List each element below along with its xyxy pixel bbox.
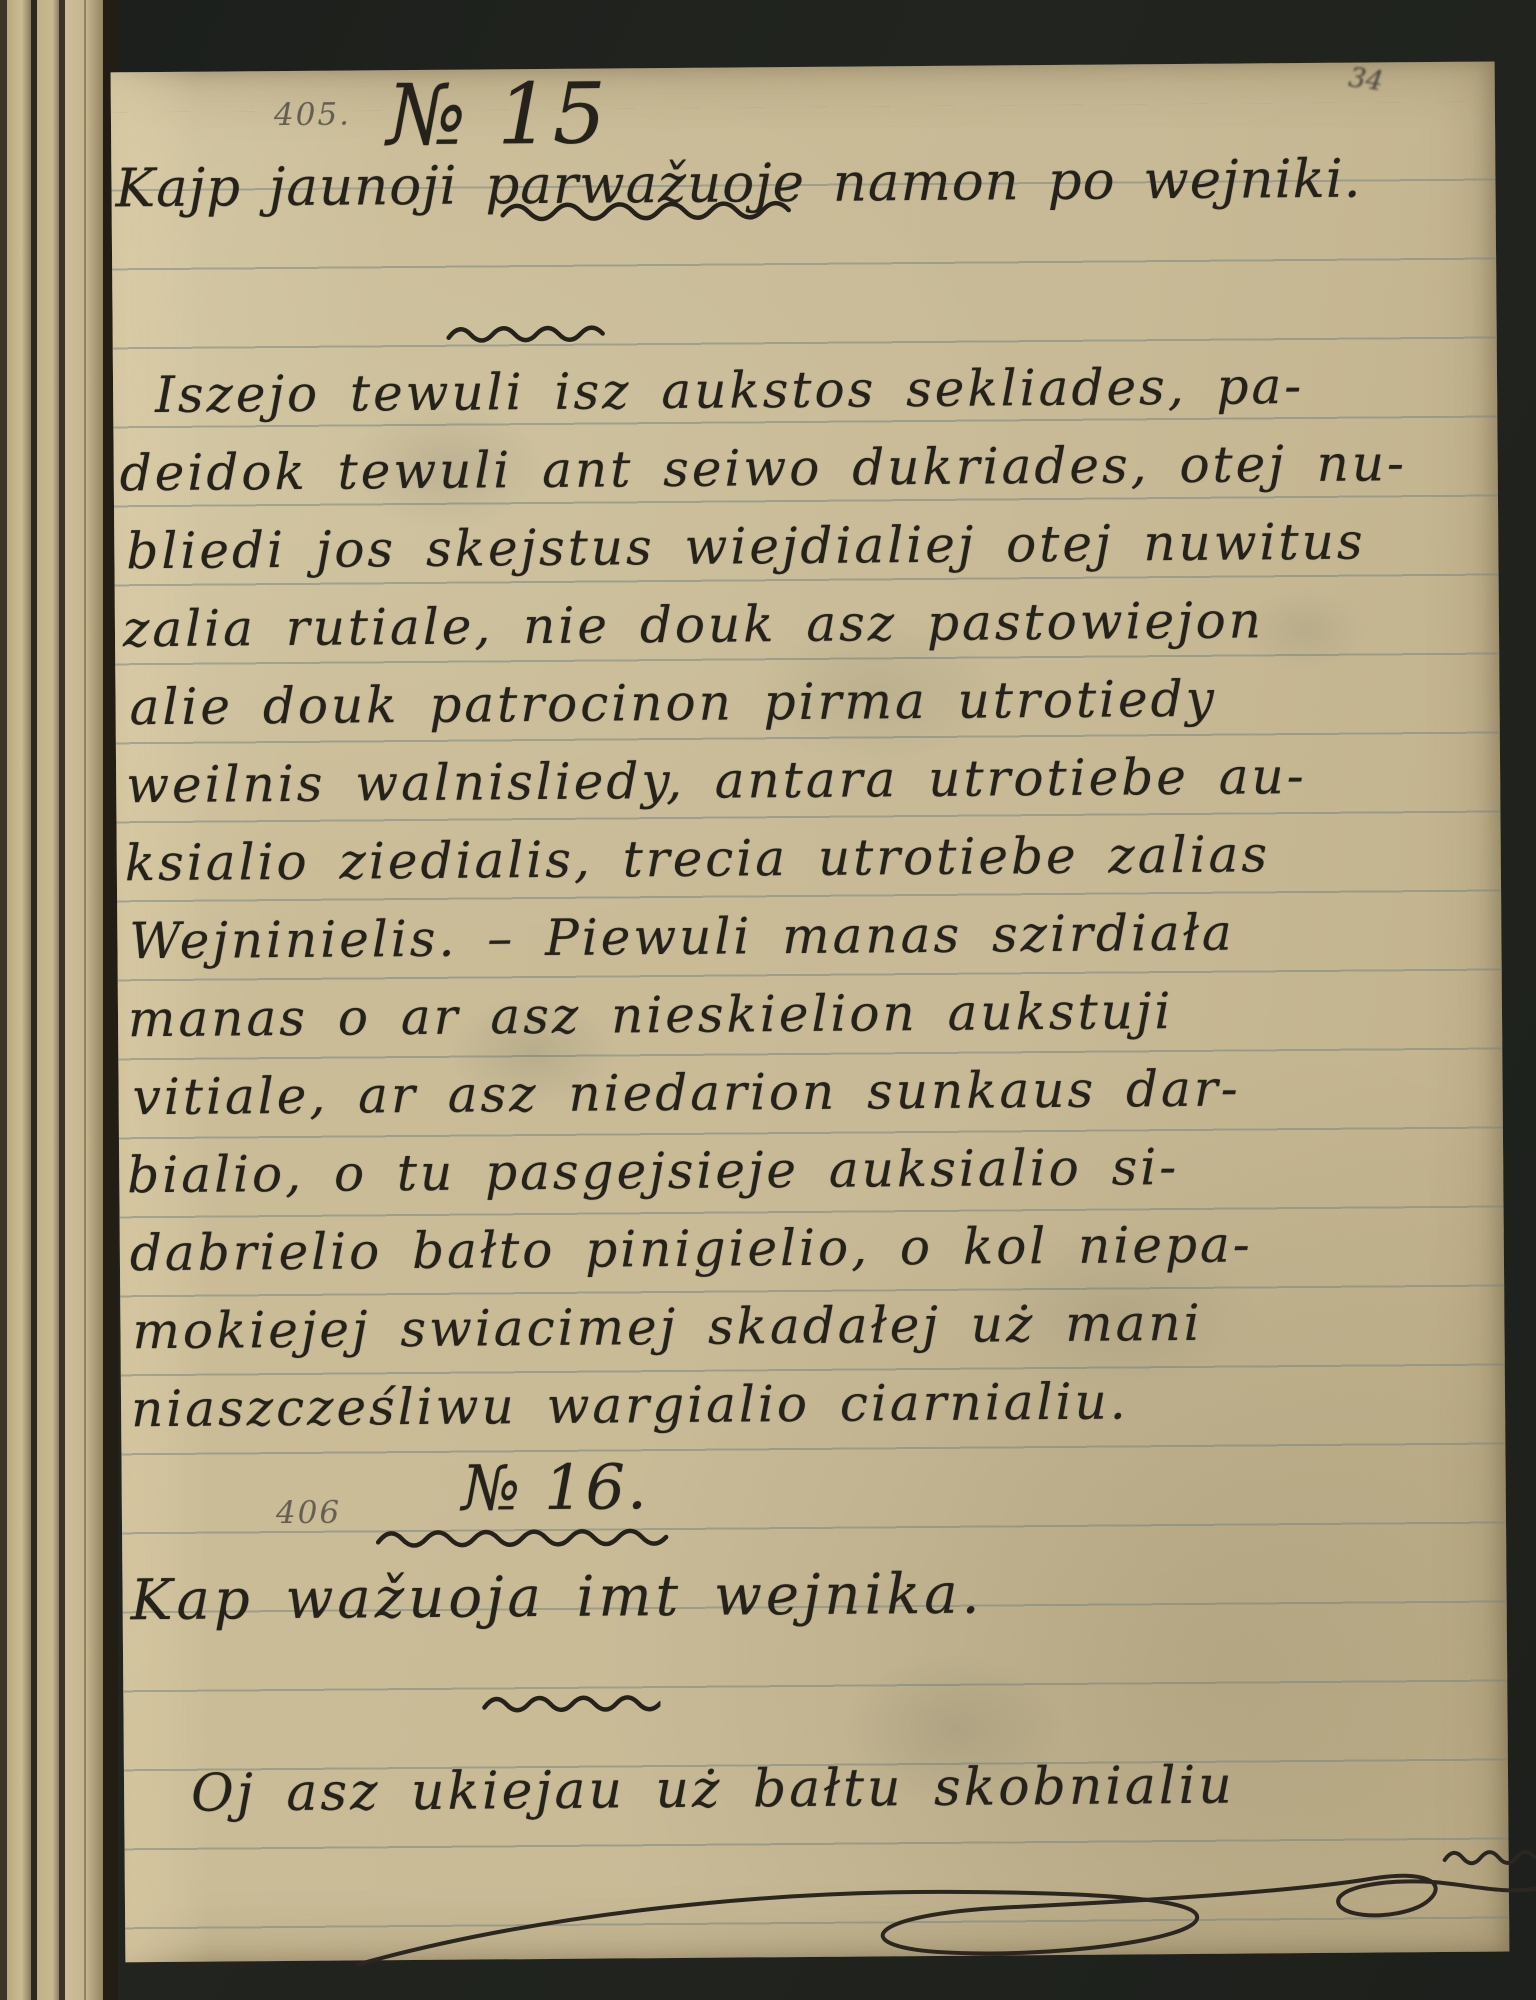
manuscript-line: mokiejej swiacimej skadałej uż mani (132, 1287, 1203, 1367)
title-underline-squiggle (480, 1688, 660, 1715)
archival-page-number: 406 (276, 1495, 341, 1532)
entry-number-heading: № 15 (387, 64, 609, 164)
manuscript-line: bialio, o tu pasgejsieje auksialio si- (127, 1131, 1180, 1211)
manuscript-line: bliedi jos skejstus wiejdialiej otej nuw… (126, 506, 1366, 588)
title-underline-squiggle (445, 318, 620, 345)
manuscript-line: dabrielio bałto pinigielio, o kol niepa- (130, 1208, 1253, 1289)
manuscript-line: niaszcześliwu wargialio ciarnialiu. (131, 1365, 1129, 1445)
page-edge-strip (37, 0, 59, 2000)
manuscript-line: deidok tewuli ant seiwo dukriades, otej … (119, 427, 1407, 509)
manuscript-line: weilnis walnisliedy, antara utrotiebe au… (126, 740, 1307, 821)
entry-number-heading: № 16. (461, 1450, 649, 1524)
corner-ink-mark: 34 (1347, 62, 1386, 98)
manuscript-line: alie douk patrocinon pirma utrotiedy (129, 663, 1217, 744)
manuscript-line: manas o ar asz nieskielion aukstuji (128, 975, 1174, 1055)
manuscript-line: zalia rutiale, nie douk asz pastowiejon (123, 584, 1264, 665)
heading-underline-squiggle (374, 1520, 674, 1550)
page-edge-crease (84, 0, 86, 2000)
manuscript-line: Wejninielis. – Piewuli manas szirdiała (129, 897, 1235, 978)
manuscript-line: vitiale, ar asz niedarion sunkaus dar- (132, 1053, 1241, 1134)
flourish-doodle (347, 1843, 1536, 2000)
manuscript-line: Iszejo tewuli isz aukstos sekliades, pa- (155, 350, 1305, 431)
manuscript-line: Oj asz ukiejau uż bałtu skobnialiu (191, 1750, 1235, 1830)
notebook-page: 34 405. № 15 Kajp jaunoji parwažuoje nam… (111, 62, 1510, 1963)
entry-title: Kap wažuoja imt wejnika. (130, 1562, 983, 1634)
binding-shadow (0, 0, 7, 2000)
manuscript-line: ksialio ziedialis, trecia utrotiebe zali… (125, 818, 1271, 899)
manuscript-scan: 34 405. № 15 Kajp jaunoji parwažuoje nam… (0, 0, 1536, 2000)
entry-title: Kajp jaunoji parwažuoje namon po wejniki… (115, 149, 1361, 220)
archival-page-number: 405. (274, 96, 351, 133)
page-edge-strip (7, 0, 31, 2000)
